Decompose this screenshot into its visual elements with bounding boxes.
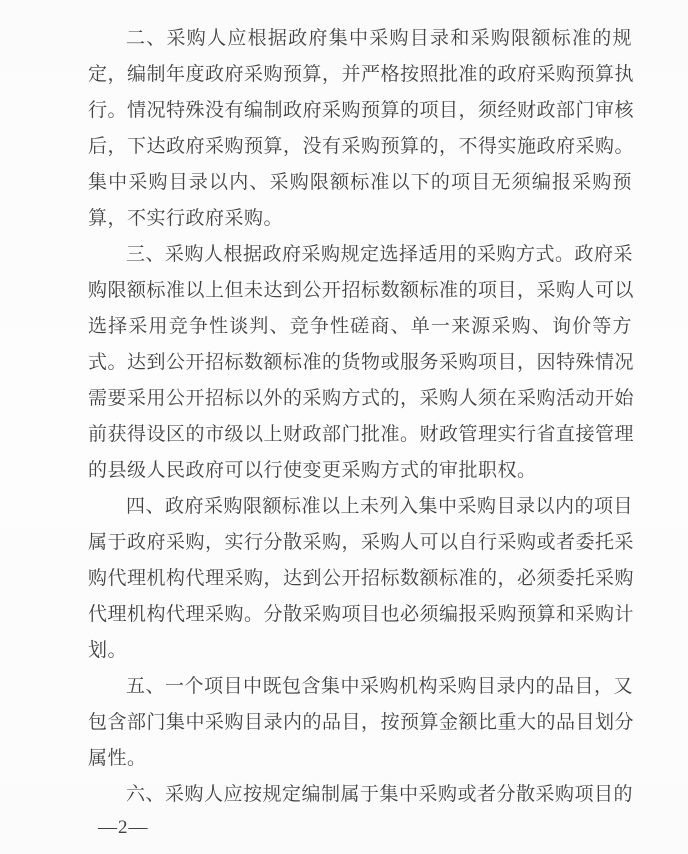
document-body: 二、采购人应根据政府集中采购目录和采购限额标准的规定，编制年度政府采购预算，并严… bbox=[88, 21, 632, 813]
text-line: 选择采用竞争性谈判、竞争性磋商、单一来源采购、询价等方 bbox=[88, 309, 632, 345]
scanned-document-screenshot: { "page": { "background": "#fbfbfb", "te… bbox=[0, 0, 688, 854]
text-line: 三、采购人根据政府采购规定选择适用的采购方式。政府采 bbox=[88, 237, 632, 273]
paragraph: 五、一个项目中既包含集中采购机构采购目录内的品目，又包含部门集中采购目录内的品目… bbox=[88, 669, 632, 777]
text-line: 购代理机构代理采购，达到公开招标数额标准的，必须委托采购 bbox=[88, 561, 632, 597]
text-line: 包含部门集中采购目录内的品目，按预算金额比重大的品目划分 bbox=[88, 705, 632, 741]
text-line: 集中采购目录以内、采购限额标准以下的项目无须编报采购预 bbox=[88, 165, 632, 201]
paragraph: 二、采购人应根据政府集中采购目录和采购限额标准的规定，编制年度政府采购预算，并严… bbox=[88, 21, 632, 237]
text-line: 二、采购人应根据政府集中采购目录和采购限额标准的规 bbox=[88, 21, 632, 57]
text-line: 四、政府采购限额标准以上未列入集中采购目录以内的项目 bbox=[88, 489, 632, 525]
text-line: 前获得设区的市级以上财政部门批准。财政管理实行省直接管理 bbox=[88, 417, 632, 453]
text-line: 需要采用公开招标以外的采购方式的，采购人须在采购活动开始 bbox=[88, 381, 632, 417]
paragraph: 四、政府采购限额标准以上未列入集中采购目录以内的项目属于政府采购，实行分散采购，… bbox=[88, 489, 632, 669]
text-line: 算，不实行政府采购。 bbox=[88, 201, 632, 237]
text-line: 属于政府采购，实行分散采购，采购人可以自行采购或者委托采 bbox=[88, 525, 632, 561]
document-page: 二、采购人应根据政府集中采购目录和采购限额标准的规定，编制年度政府采购预算，并严… bbox=[0, 0, 688, 854]
text-line: 式。达到公开招标数额标准的货物或服务采购项目，因特殊情况 bbox=[88, 345, 632, 381]
text-line: 划。 bbox=[88, 633, 632, 669]
text-line: 代理机构代理采购。分散采购项目也必须编报采购预算和采购计 bbox=[88, 597, 632, 633]
page-number: —2— bbox=[98, 816, 149, 840]
text-line: 后，下达政府采购预算，没有采购预算的，不得实施政府采购。 bbox=[88, 129, 632, 165]
paragraph: 六、采购人应按规定编制属于集中采购或者分散采购项目的 bbox=[88, 777, 632, 813]
text-line: 六、采购人应按规定编制属于集中采购或者分散采购项目的 bbox=[88, 777, 632, 813]
text-line: 购限额标准以上但未达到公开招标数额标准的项目，采购人可以 bbox=[88, 273, 632, 309]
text-line: 属性。 bbox=[88, 741, 632, 777]
text-line: 五、一个项目中既包含集中采购机构采购目录内的品目，又 bbox=[88, 669, 632, 705]
text-line: 行。情况特殊没有编制政府采购预算的项目，须经财政部门审核 bbox=[88, 93, 632, 129]
paragraph: 三、采购人根据政府采购规定选择适用的采购方式。政府采购限额标准以上但未达到公开招… bbox=[88, 237, 632, 489]
text-line: 定，编制年度政府采购预算，并严格按照批准的政府采购预算执 bbox=[88, 57, 632, 93]
text-line: 的县级人民政府可以行使变更采购方式的审批职权。 bbox=[88, 453, 632, 489]
